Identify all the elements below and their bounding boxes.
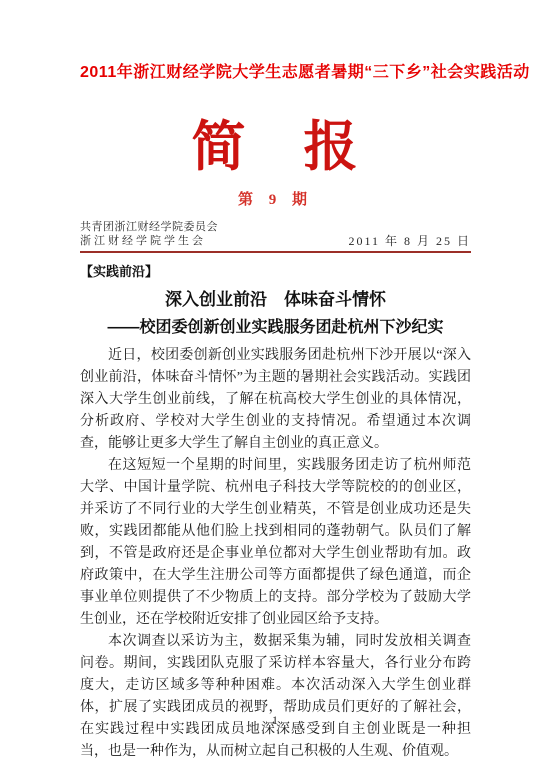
banner-title: 2011年浙江财经学院大学生志愿者暑期“三下乡”社会实践活动 xyxy=(80,62,471,84)
article-body: 近日，校团委创新创业实践服务团赴杭州下沙开展以“深入创业前沿，体味奋斗情怀”为主… xyxy=(80,345,471,763)
masthead-title: 简 报 xyxy=(80,118,471,176)
issue-date: 2011 年 8 月 25 日 xyxy=(348,234,471,248)
page-number: 1 xyxy=(0,713,550,728)
issue-number: 第 9 期 xyxy=(80,191,471,209)
issuing-organizations: 共青团浙江财经学院委员会 浙江财经学院学生会 xyxy=(80,220,218,248)
section-label: 【实践前沿】 xyxy=(80,263,471,280)
body-paragraph: 本次调查以采访为主，数据采集为辅，同时发放相关调查问卷。期间，实践团队克服了采访… xyxy=(80,631,471,763)
org-date-row: 共青团浙江财经学院委员会 浙江财经学院学生会 2011 年 8 月 25 日 xyxy=(80,220,471,253)
org-line-student-union: 浙江财经学院学生会 xyxy=(80,234,218,248)
bulletin-page: 2011年浙江财经学院大学生志愿者暑期“三下乡”社会实践活动 简 报 第 9 期… xyxy=(0,0,550,777)
page-content: 2011年浙江财经学院大学生志愿者暑期“三下乡”社会实践活动 简 报 第 9 期… xyxy=(80,0,471,763)
article-subheadline: ——校团委创新创业实践服务团赴杭州下沙纪实 xyxy=(80,317,471,338)
article-headline: 深入创业前沿 体味奋斗情怀 xyxy=(80,289,471,310)
body-paragraph: 近日，校团委创新创业实践服务团赴杭州下沙开展以“深入创业前沿，体味奋斗情怀”为主… xyxy=(80,345,471,455)
body-paragraph: 在这短短一个星期的时间里，实践服务团走访了杭州师范大学、中国计量学院、杭州电子科… xyxy=(80,455,471,631)
org-line-committee: 共青团浙江财经学院委员会 xyxy=(80,220,218,234)
